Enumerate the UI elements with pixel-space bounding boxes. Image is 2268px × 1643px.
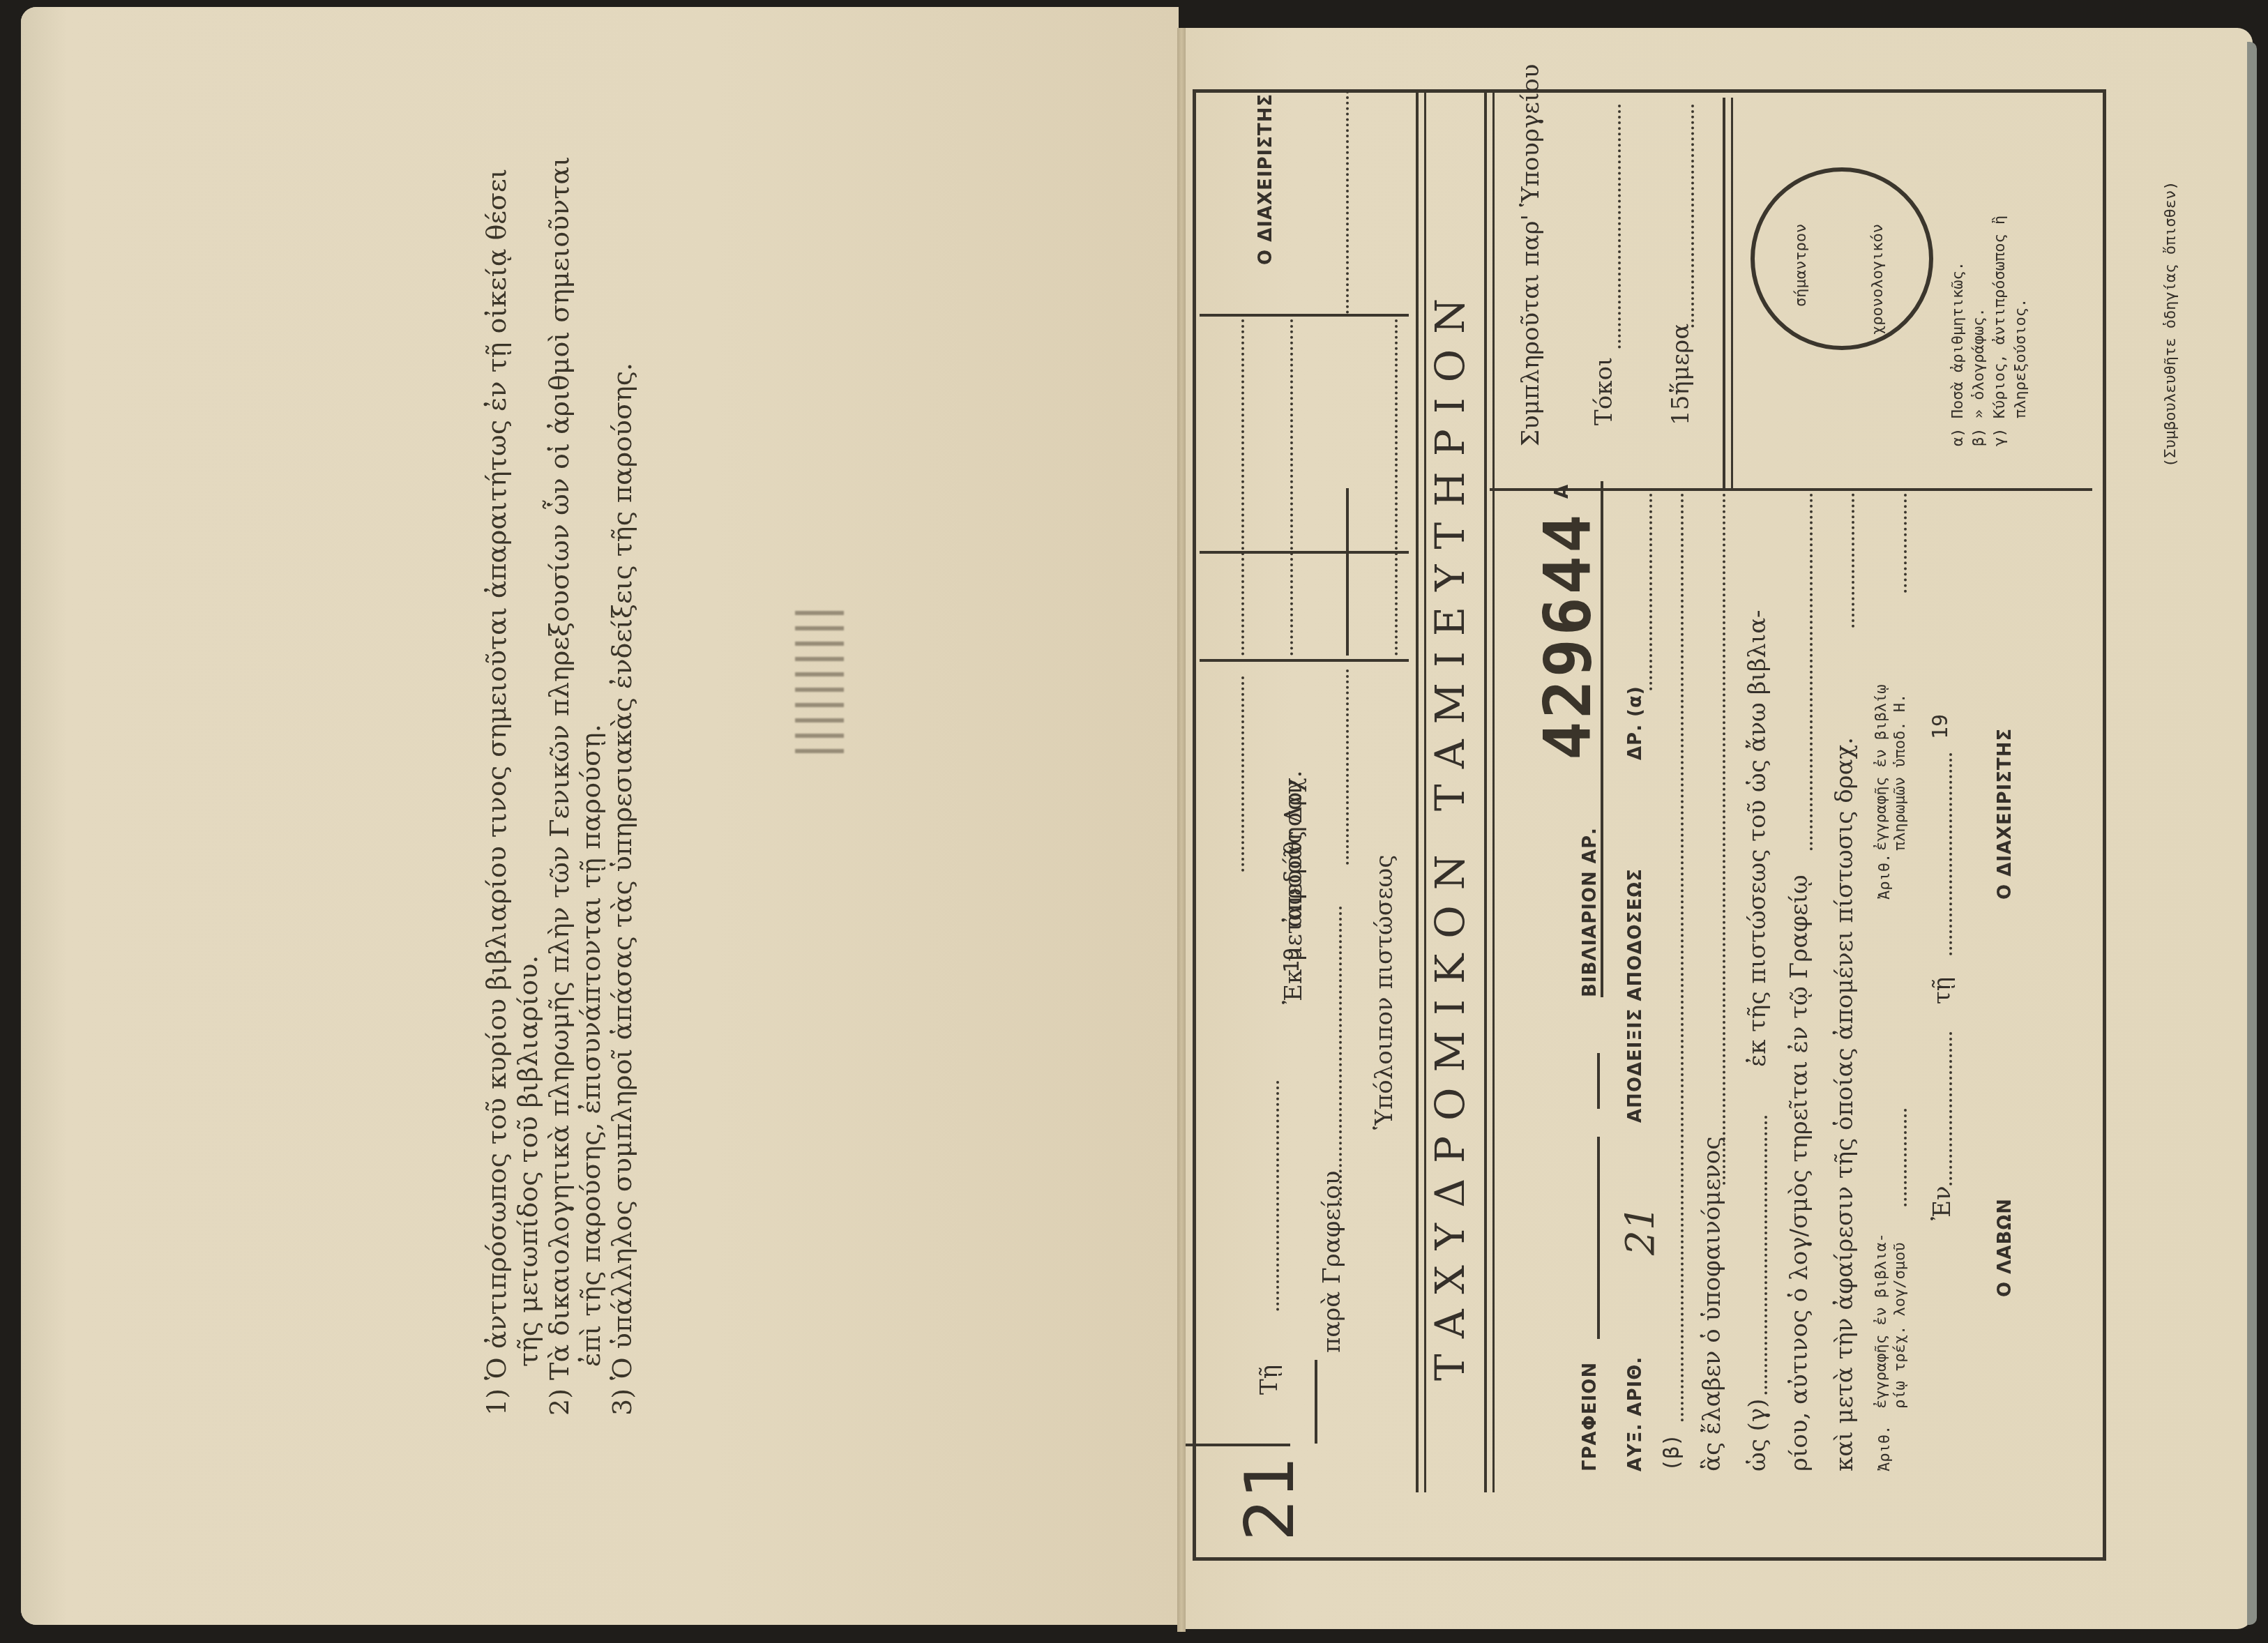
note-a: α) Ποσὰ ἀριθμητικῶς. bbox=[1949, 262, 1967, 446]
date-prefix: Τῇ bbox=[1255, 1365, 1283, 1395]
ministry-rule bbox=[1723, 98, 1733, 488]
note-c: γ) Κύριος, ἀντιπρόσωπος ἢ bbox=[1991, 215, 2009, 446]
days-blank[interactable] bbox=[1691, 105, 1694, 328]
serial-label: ΑΥΞ. ΑΡΙΘ. bbox=[1625, 1356, 1646, 1471]
table-dots bbox=[1290, 314, 1293, 656]
instruction-3: 3) Ὁ ὑπάλληλος συμπληροῖ ἁπάσας τὰς ὑπηρ… bbox=[607, 363, 637, 1416]
booklet-suffix: Α bbox=[1552, 484, 1573, 499]
line1-blank[interactable] bbox=[1723, 488, 1725, 1186]
receipts-label: ΑΠΟΔΕΙΞΙΣ ΑΠΟΔΟΣΕΩΣ bbox=[1625, 868, 1646, 1123]
line1-label: ἃς ἔλαβεν ὁ ὑποφαινόμενος bbox=[1698, 1137, 1726, 1471]
line3-label: ρίου, αὐτινος ὁ λογ/σμὸς τηρεῖται ἐν τῷ … bbox=[1785, 874, 1813, 1471]
instruction-2-cont: ἐπὶ τῆς παρούσης, ἐπισυνάπτονται τῇ παρο… bbox=[575, 724, 606, 1367]
note-b: β) » ὁλογράφως. bbox=[1970, 308, 1988, 446]
receipt-year-prefix: 19 bbox=[1928, 714, 1953, 739]
notch-line bbox=[1315, 1360, 1317, 1444]
table-line bbox=[1200, 551, 1409, 554]
amount-blank[interactable] bbox=[1649, 488, 1652, 690]
section-divider bbox=[1490, 488, 2089, 491]
en-blank[interactable] bbox=[1949, 1032, 1952, 1186]
manager-signature-blank[interactable] bbox=[1346, 91, 1349, 314]
ypoloipon-label: Ὑπόλοιπον πιστώσεως bbox=[1370, 855, 1398, 1130]
serial-value: 21 bbox=[1618, 1206, 1663, 1255]
notes-line bbox=[2085, 488, 2092, 491]
arith-b-blank[interactable] bbox=[1904, 488, 1907, 593]
stamp-text-bottom: χρονολογικόν bbox=[1869, 224, 1887, 335]
line4-label: καὶ μετὰ τὴν ἀφαίρεσιν τῆς ὁποίας ἀπομέν… bbox=[1831, 737, 1859, 1471]
ministry-header: Συμπληροῦται παρ' Ὑπουργείου bbox=[1517, 64, 1545, 446]
notes-footer: (Συμβουλευθῆτε ὁδηγίας ὄπισθεν) bbox=[2162, 181, 2179, 467]
stamp-text-top: σήμαντρον bbox=[1792, 224, 1810, 307]
interest-label: Τόκοι bbox=[1590, 357, 1618, 425]
notch-line bbox=[1186, 1444, 1290, 1446]
booklet-number: 429644 bbox=[1531, 512, 1605, 760]
office-underline bbox=[1597, 1137, 1600, 1339]
arith-a2: ρίῳ τρέχ. λογ/σμοῦ bbox=[1891, 1243, 1909, 1409]
amount-label: ΔΡ. (α) bbox=[1625, 686, 1646, 760]
arith-b-label: Ἀριθ. bbox=[1876, 854, 1893, 900]
line2-start: ὡς (γ) bbox=[1744, 1399, 1771, 1471]
instruction-1: 1) Ὁ ἀντιπρόσωπος τοῦ κυρίου βιβλιαρίου … bbox=[481, 169, 512, 1416]
ti-blank[interactable] bbox=[1949, 753, 1952, 955]
arith-a-blank[interactable] bbox=[1904, 1109, 1907, 1206]
note-c2: πληρεξούσιος. bbox=[2012, 298, 2029, 418]
title-rule bbox=[1416, 91, 1426, 1492]
instruction-1-cont: τῆς μετωπίδος τοῦ βιβλιαρίου. bbox=[513, 955, 543, 1367]
date-blank[interactable] bbox=[1276, 1081, 1279, 1311]
days-label: 15ἥμερα bbox=[1667, 324, 1695, 425]
title-rule bbox=[1484, 91, 1495, 1492]
arith-b1: ἐγγραφῆς ἐν βιβλίῳ bbox=[1873, 685, 1890, 851]
para-grafeiou-label: παρὰ Γραφείου bbox=[1318, 1171, 1346, 1354]
table-dots bbox=[1395, 314, 1398, 656]
ink-show-through bbox=[795, 607, 844, 753]
manager-label-top: Ο ΔΙΑΧΕΙΡΙΣΤΗΣ bbox=[1255, 93, 1276, 265]
ypoloipon-blank[interactable] bbox=[1346, 669, 1349, 865]
office-label: ΓΡΑΦΕΙΟΝ bbox=[1580, 1362, 1601, 1471]
table-dots bbox=[1241, 314, 1244, 656]
arith-label: Ἀριθ. bbox=[1876, 1425, 1893, 1471]
instruction-2: 2) Τὰ δικαιολογητικὰ πληρωμῆς πλὴν τῶν Γ… bbox=[544, 156, 575, 1416]
b-label: (β) bbox=[1660, 1434, 1684, 1471]
year-prefix: 19 bbox=[1280, 948, 1304, 973]
b-blank[interactable] bbox=[1681, 488, 1684, 1423]
receiver-label: Ο ΛΑΒΩΝ bbox=[1995, 1198, 2016, 1297]
table-line bbox=[1346, 488, 1349, 656]
arith-b2: πληρωμῶν ὑποδ. Η. bbox=[1891, 694, 1909, 851]
manager-label-bottom: Ο ΔΙΑΧΕΙΡΙΣΤΗΣ bbox=[1995, 728, 2016, 900]
book-gutter bbox=[1177, 28, 1186, 1632]
en-label: Ἐν bbox=[1928, 1186, 1956, 1220]
right-page-edge bbox=[2247, 42, 2257, 1625]
ek-metaforas-blank[interactable] bbox=[1241, 676, 1244, 872]
line2-end: ἐκ τῆς πιστώσεως τοῦ ὡς ἄνω βιβλια- bbox=[1744, 609, 1771, 1067]
ti-label: τῇ bbox=[1928, 977, 1956, 1004]
sheet-number: 21 bbox=[1231, 1456, 1309, 1541]
interest-blank[interactable] bbox=[1618, 105, 1621, 349]
line3-blank[interactable] bbox=[1810, 488, 1813, 851]
arith-a1: ἐγγραφῆς ἐν βιβλια- bbox=[1873, 1233, 1890, 1409]
table-line bbox=[1200, 314, 1409, 317]
office-underline bbox=[1597, 1053, 1600, 1109]
para-grafeiou-blank[interactable] bbox=[1339, 907, 1342, 1206]
table-line bbox=[1200, 659, 1409, 662]
apedothisan-label: ἀπεδόθησαν bbox=[1280, 780, 1308, 927]
booklet-underline bbox=[1601, 481, 1603, 997]
date-stamp-circle bbox=[1751, 167, 1933, 350]
line2-blank[interactable] bbox=[1764, 1116, 1767, 1395]
booklet-label: ΒΙΒΛΙΑΡΙΟΝ ΑΡ. bbox=[1580, 827, 1601, 997]
form-title: ΤΑΧΥΔΡΟΜΙΚΟΝ ΤΑΜΙΕΥΤΗΡΙΟΝ bbox=[1426, 283, 1474, 1381]
line4-blank[interactable] bbox=[1852, 488, 1854, 628]
